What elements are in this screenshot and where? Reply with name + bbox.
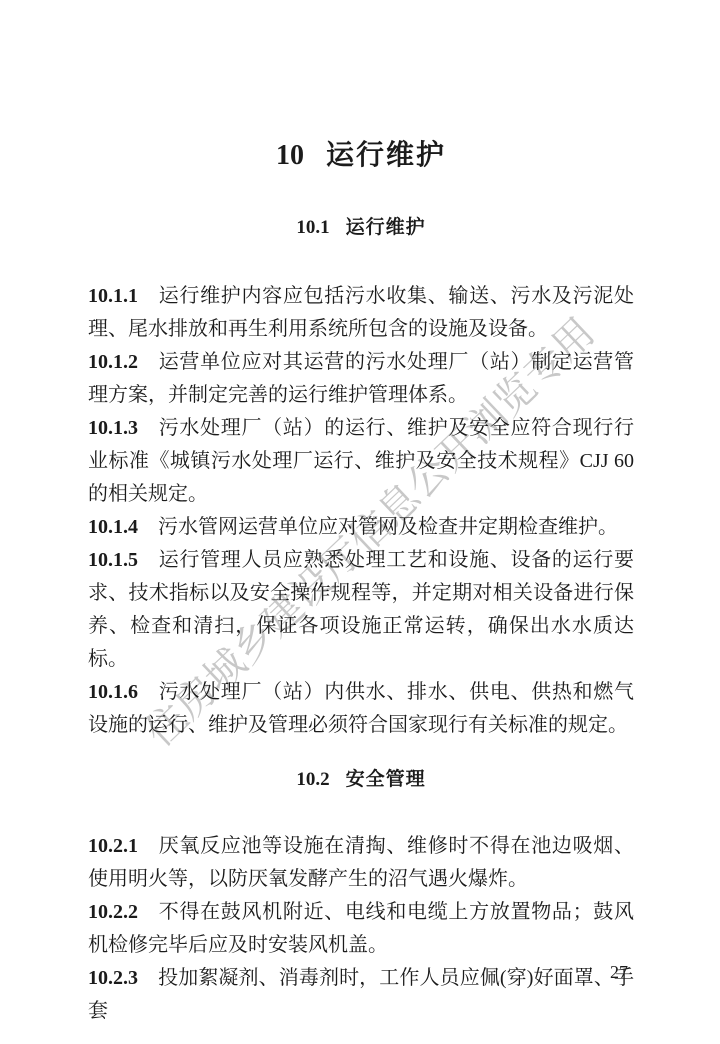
document-page: 住房城乡建设厅信息公开浏览专用 10运行维护 10.1运行维护 10.1.1运行…	[0, 0, 720, 1044]
clause-10-1-6: 10.1.6污水处理厂（站）内供水、排水、供电、供热和燃气设施的运行、维护及管理…	[88, 676, 634, 742]
clause-number: 10.1.5	[88, 549, 138, 571]
section-heading-10-2: 10.2安全管理	[88, 768, 634, 792]
clause-text: 厌氧反应池等设施在清掏、维修时不得在池边吸烟、使用明火等，以防厌氧发酵产生的沼气…	[88, 835, 634, 890]
section-heading-10-1: 10.1运行维护	[88, 216, 634, 240]
clause-10-2-3: 10.2.3投加絮凝剂、消毒剂时，工作人员应佩(穿)好面罩、手套	[88, 962, 634, 1028]
clause-number: 10.1.2	[88, 351, 138, 373]
section-title-text: 安全管理	[346, 769, 426, 790]
clause-10-1-3: 10.1.3污水处理厂（站）的运行、维护及安全应符合现行行业标准《城镇污水处理厂…	[88, 412, 634, 511]
page-content: 10运行维护 10.1运行维护 10.1.1运行维护内容应包括污水收集、输送、污…	[0, 140, 720, 1028]
clause-number: 10.1.1	[88, 285, 138, 307]
clause-number: 10.1.4	[88, 516, 138, 538]
section-title-text: 运行维护	[346, 217, 426, 238]
clause-text: 污水处理厂（站）内供水、排水、供电、供热和燃气设施的运行、维护及管理必须符合国家…	[88, 681, 634, 736]
chapter-title-text: 运行维护	[326, 140, 446, 171]
clause-10-1-4: 10.1.4污水管网运营单位应对管网及检查井定期检查维护。	[88, 511, 634, 544]
clause-10-2-2: 10.2.2不得在鼓风机附近、电线和电缆上方放置物品；鼓风机检修完毕后应及时安装…	[88, 896, 634, 962]
chapter-title: 10运行维护	[88, 140, 634, 172]
clause-number: 10.1.6	[88, 681, 138, 703]
clause-text: 运行维护内容应包括污水收集、输送、污水及污泥处理、尾水排放和再生利用系统所包含的…	[88, 285, 634, 340]
clause-10-2-1: 10.2.1厌氧反应池等设施在清掏、维修时不得在池边吸烟、使用明火等，以防厌氧发…	[88, 830, 634, 896]
clause-number: 10.2.2	[88, 901, 138, 923]
clause-text: 污水管网运营单位应对管网及检查井定期检查维护。	[158, 516, 618, 538]
clause-10-1-5: 10.1.5运行管理人员应熟悉处理工艺和设施、设备的运行要求、技术指标以及安全操…	[88, 544, 634, 676]
clause-10-1-1: 10.1.1运行维护内容应包括污水收集、输送、污水及污泥处理、尾水排放和再生利用…	[88, 280, 634, 346]
clause-text: 污水处理厂（站）的运行、维护及安全应符合现行行业标准《城镇污水处理厂运行、维护及…	[88, 417, 634, 505]
clause-text: 运营单位应对其运营的污水处理厂（站）制定运营管理方案，并制定完善的运行维护管理体…	[88, 351, 634, 406]
clause-text: 运行管理人员应熟悉处理工艺和设施、设备的运行要求、技术指标以及安全操作规程等，并…	[88, 549, 634, 670]
chapter-number: 10	[276, 140, 304, 171]
clause-text: 不得在鼓风机附近、电线和电缆上方放置物品；鼓风机检修完毕后应及时安装风机盖。	[88, 901, 634, 956]
page-number: 27	[610, 962, 628, 983]
clause-number: 10.1.3	[88, 417, 138, 439]
clause-number: 10.2.3	[88, 967, 138, 989]
section-number: 10.1	[296, 217, 329, 238]
clause-number: 10.2.1	[88, 835, 138, 857]
section-number: 10.2	[296, 769, 329, 790]
clause-text: 投加絮凝剂、消毒剂时，工作人员应佩(穿)好面罩、手套	[88, 967, 634, 1022]
clause-10-1-2: 10.1.2运营单位应对其运营的污水处理厂（站）制定运营管理方案，并制定完善的运…	[88, 346, 634, 412]
